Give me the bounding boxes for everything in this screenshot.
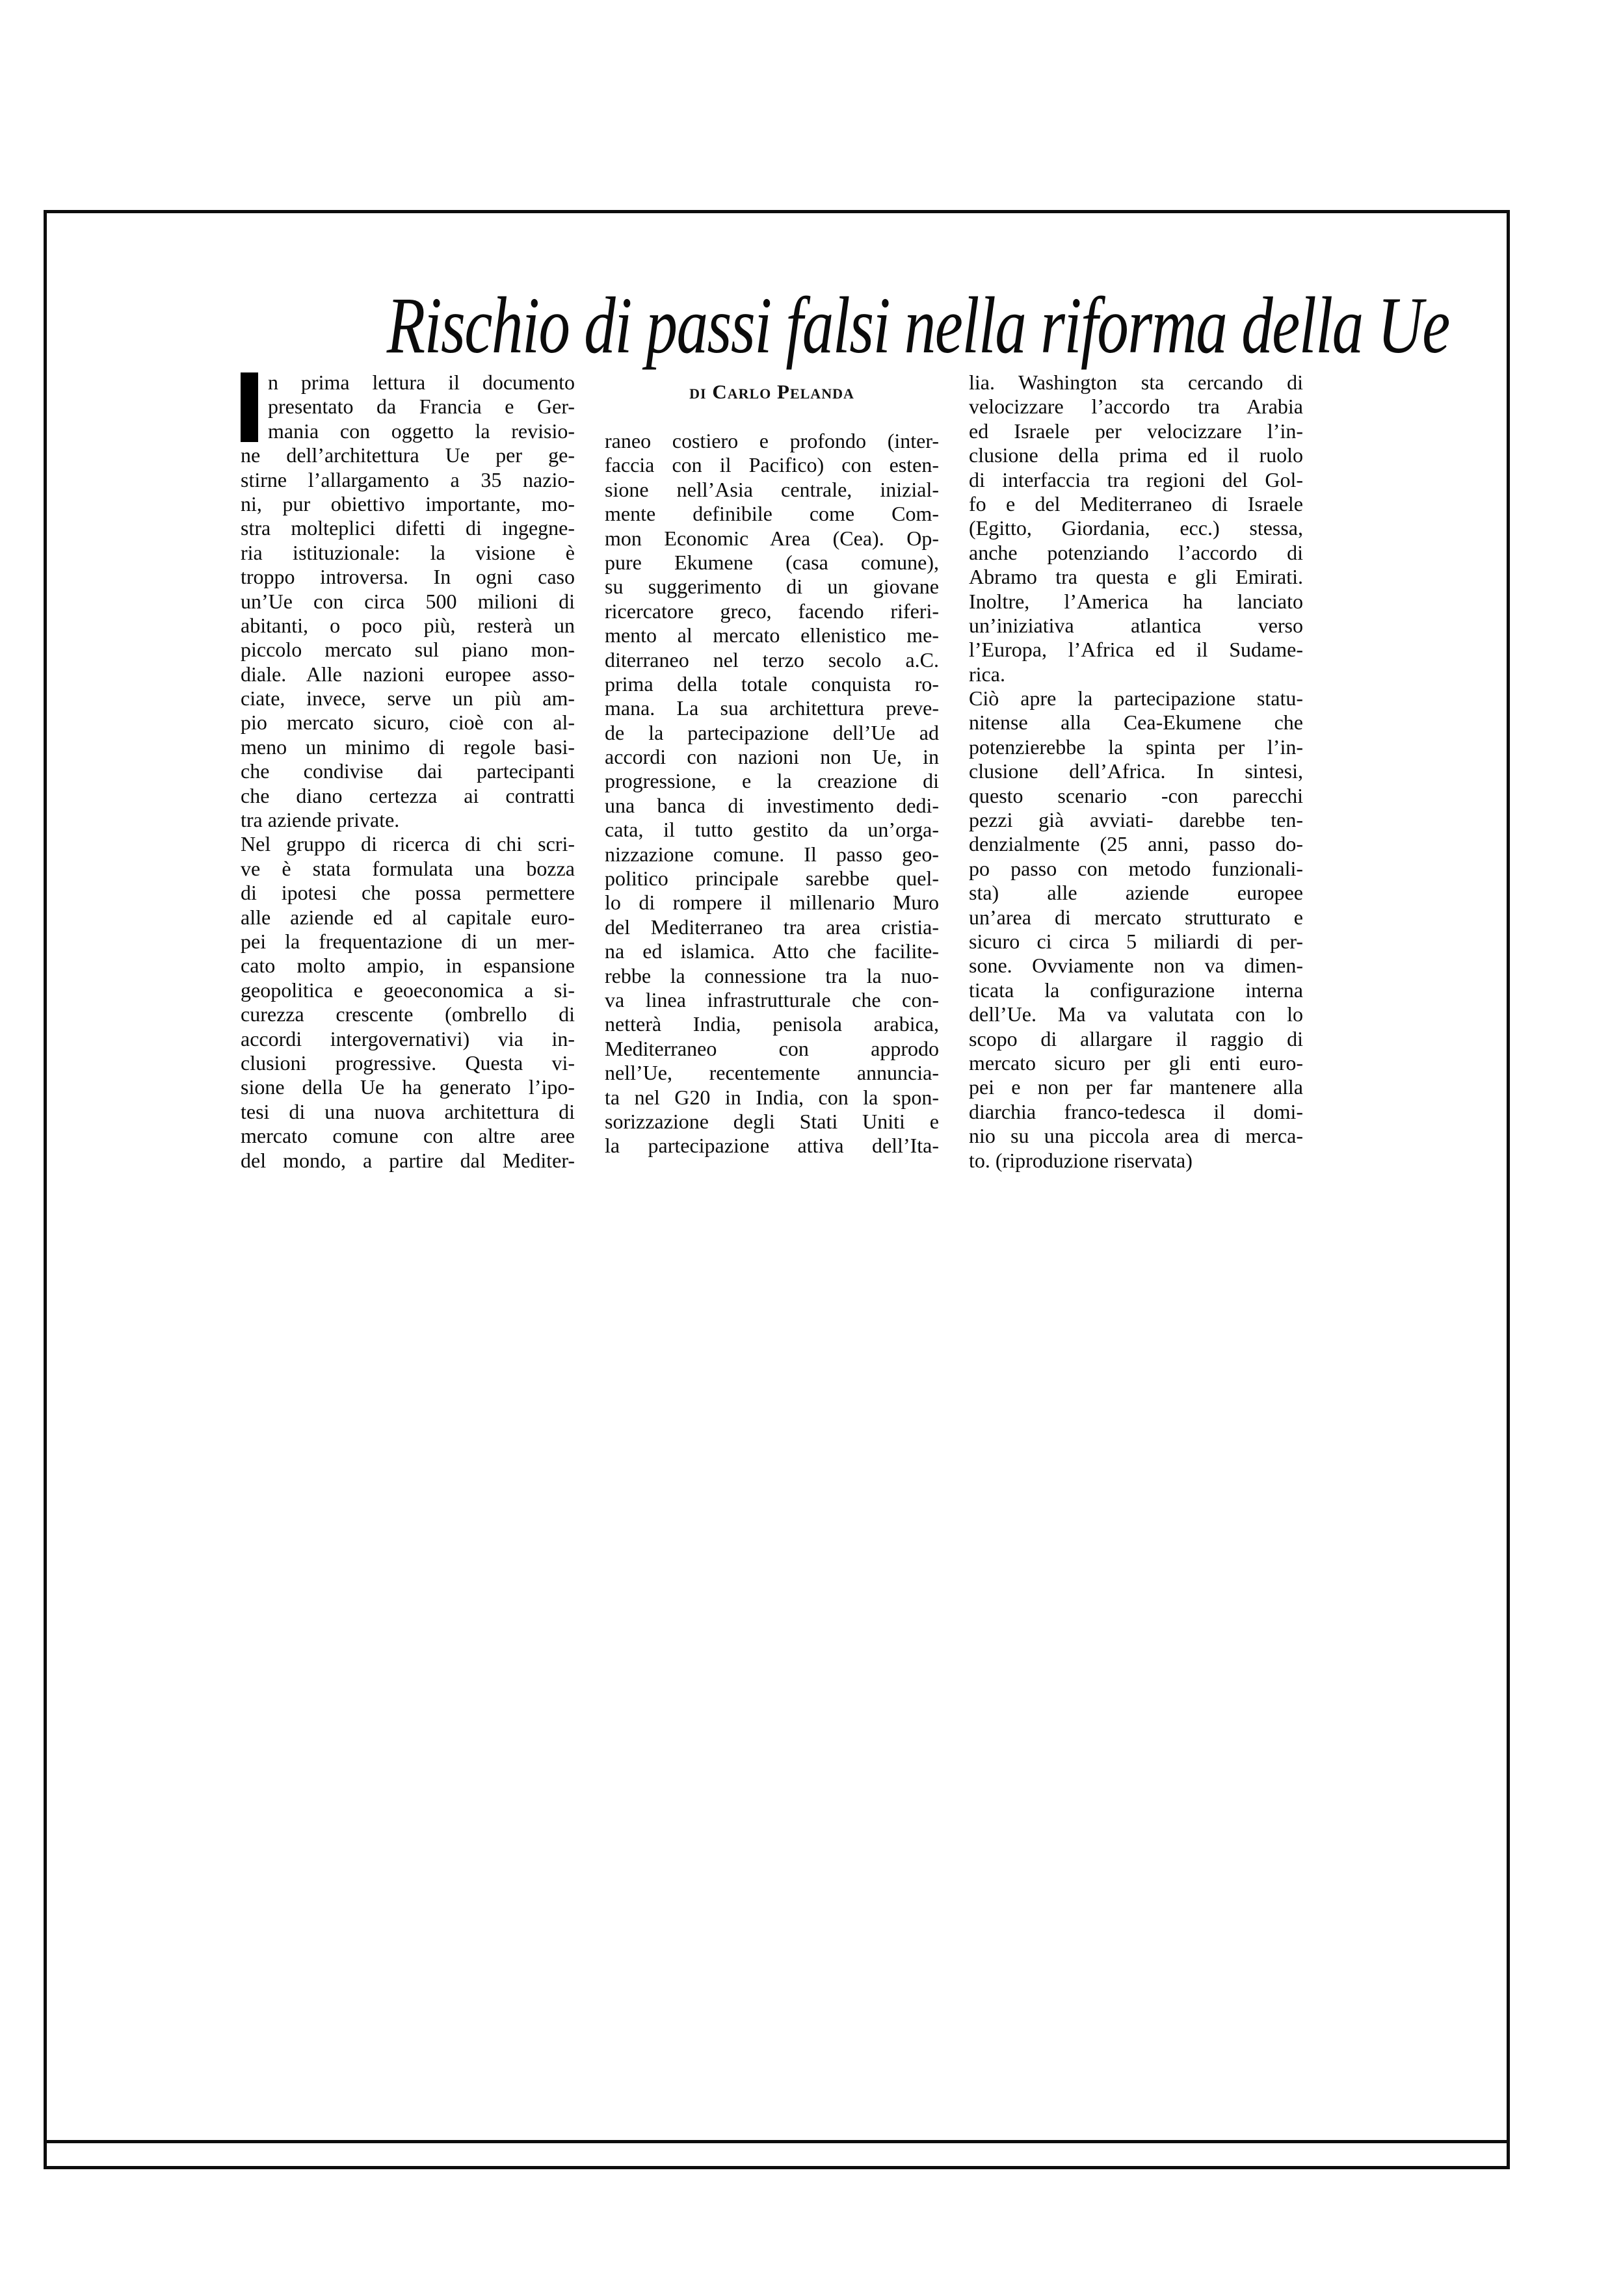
text-line: alle aziende ed al capitale euro- — [241, 906, 575, 930]
text-line: diarchia franco-tedesca il domi- — [969, 1100, 1303, 1124]
text-line: cata, il tutto gestito da un’orga- — [605, 818, 939, 842]
text-line: che condivise dai partecipanti — [241, 759, 575, 783]
column-1: I n prima lettura il documentopresentato… — [241, 371, 575, 1173]
text-line: prima della totale conquista ro- — [605, 672, 939, 696]
text-line: politico principale sarebbe quel- — [605, 867, 939, 891]
text-line: sone. Ovviamente non va dimen- — [969, 954, 1303, 978]
text-line: raneo costiero e profondo (inter- — [605, 429, 939, 453]
text-line: sicuro ci circa 5 miliardi di per- — [969, 930, 1303, 954]
text-line: mania con oggetto la revisio- — [241, 419, 575, 443]
text-line: Nel gruppo di ricerca di chi scri- — [241, 832, 575, 856]
text-line: pio mercato sicuro, cioè con al- — [241, 711, 575, 735]
article-frame: Rischio di passi falsi nella riforma del… — [44, 210, 1510, 2169]
text-line: fo e del Mediterraneo di Israele — [969, 492, 1303, 516]
text-line: pei la frequentazione di un mer- — [241, 930, 575, 954]
text-line: mon Economic Area (Cea). Op- — [605, 527, 939, 551]
text-line: pezzi già avviati- darebbe ten- — [969, 808, 1303, 832]
text-line: su suggerimento di un giovane — [605, 575, 939, 599]
text-line: clusione della prima ed il ruolo — [969, 443, 1303, 467]
text-line: diale. Alle nazioni europee asso- — [241, 662, 575, 686]
newspaper-page: Rischio di passi falsi nella riforma del… — [0, 0, 1623, 2296]
text-line: faccia con il Pacifico) con esten- — [605, 453, 939, 477]
text-line: che diano certezza ai contratti — [241, 784, 575, 808]
text-line: stra molteplici difetti di ingegne- — [241, 516, 575, 540]
text-line: Abramo tra questa e gli Emirati. — [969, 565, 1303, 589]
text-line: cato molto ampio, in espansione — [241, 954, 575, 978]
headline-text: Rischio di passi falsi nella riforma del… — [387, 277, 1449, 374]
text-line: del mondo, a partire dal Mediter- — [241, 1149, 575, 1173]
text-line: curezza crescente (ombrello di — [241, 1002, 575, 1026]
text-line: lia. Washington sta cercando di — [969, 371, 1303, 395]
text-line: progressione, e la creazione di — [605, 769, 939, 793]
text-line: rebbe la connessione tra la nuo- — [605, 964, 939, 988]
text-line: n prima lettura il documento — [241, 371, 575, 395]
text-line: di interfaccia tra regioni del Gol- — [969, 468, 1303, 492]
text-line: l’Europa, l’Africa ed il Sudame- — [969, 638, 1303, 662]
text-line: ne dell’architettura Ue per ge- — [241, 443, 575, 467]
text-line: questo scenario -con parecchi — [969, 784, 1303, 808]
text-line: sione della Ue ha generato l’ipo- — [241, 1075, 575, 1099]
text-line: de la partecipazione dell’Ue ad — [605, 721, 939, 745]
text-line: ticata la configurazione interna — [969, 978, 1303, 1002]
text-line: nizzazione comune. Il passo geo- — [605, 842, 939, 867]
text-line: mana. La sua architettura preve- — [605, 696, 939, 720]
text-line: potenzierebbe la spinta per l’in- — [969, 735, 1303, 759]
text-line: Inoltre, l’America ha lanciato — [969, 590, 1303, 614]
text-line: scopo di allargare il raggio di — [969, 1027, 1303, 1051]
headline: Rischio di passi falsi nella riforma del… — [241, 277, 1303, 381]
text-line: una banca di investimento dedi- — [605, 794, 939, 818]
text-line: va linea infrastrutturale che con- — [605, 988, 939, 1012]
text-line: abitanti, o poco più, resterà un — [241, 614, 575, 638]
text-line: accordi intergovernativi) via in- — [241, 1027, 575, 1051]
text-line: un’iniziativa atlantica verso — [969, 614, 1303, 638]
text-line: to. (riproduzione riservata) — [969, 1149, 1303, 1173]
text-line: ni, pur obiettivo importante, mo- — [241, 492, 575, 516]
text-line: ed Israele per velocizzare l’in- — [969, 419, 1303, 443]
text-line: meno un minimo di regole basi- — [241, 735, 575, 759]
text-line: mento al mercato ellenistico me- — [605, 623, 939, 647]
text-line: dell’Ue. Ma va valutata con lo — [969, 1002, 1303, 1026]
text-line: velocizzare l’accordo tra Arabia — [969, 395, 1303, 419]
text-line: clusioni progressive. Questa vi- — [241, 1051, 575, 1075]
text-line: tesi di una nuova architettura di — [241, 1100, 575, 1124]
text-line: pei e non per far mantenere alla — [969, 1075, 1303, 1099]
text-line: rica. — [969, 662, 1303, 686]
text-line: Ciò apre la partecipazione statu- — [969, 686, 1303, 711]
text-line: nitense alla Cea-Ekumene che — [969, 711, 1303, 735]
text-line: accordi con nazioni non Ue, in — [605, 745, 939, 769]
column-2-lines: raneo costiero e profondo (inter-faccia … — [605, 429, 939, 1158]
text-line: presentato da Francia e Ger- — [241, 395, 575, 419]
text-line: tra aziende private. — [241, 808, 575, 832]
text-line: ricercatore greco, facendo riferi- — [605, 599, 939, 623]
text-line: troppo introversa. In ogni caso — [241, 565, 575, 589]
bottom-rule — [47, 2140, 1507, 2143]
text-line: ciate, invece, serve un più am- — [241, 686, 575, 711]
text-line: pure Ekumene (casa comune), — [605, 551, 939, 575]
text-line: Mediterraneo con approdo — [605, 1037, 939, 1061]
text-line: nell’Ue, recentemente annuncia- — [605, 1061, 939, 1085]
text-line: clusione dell’Africa. In sintesi, — [969, 759, 1303, 783]
column-1-lines: n prima lettura il documentopresentato d… — [241, 371, 575, 1173]
text-line: netterà India, penisola arabica, — [605, 1012, 939, 1036]
text-line: piccolo mercato sul piano mon- — [241, 638, 575, 662]
text-line: po passo con metodo funzionali- — [969, 857, 1303, 881]
drop-cap: I — [241, 372, 258, 442]
byline-box: di Carlo Pelanda — [605, 371, 939, 429]
text-line: denzialmente (25 anni, passo do- — [969, 832, 1303, 856]
text-line: del Mediterraneo tra area cristia- — [605, 915, 939, 939]
text-line: ria istituzionale: la visione è — [241, 541, 575, 565]
text-line: geopolitica e geoeconomica a si- — [241, 978, 575, 1002]
column-3: lia. Washington sta cercando divelocizza… — [969, 371, 1303, 1173]
text-line: mercato comune con altre aree — [241, 1124, 575, 1148]
text-line: diterraneo nel terzo secolo a.C. — [605, 648, 939, 672]
text-line: la partecipazione attiva dell’Ita- — [605, 1134, 939, 1158]
text-line: mercato sicuro per gli enti euro- — [969, 1051, 1303, 1075]
text-line: (Egitto, Giordania, ecc.) stessa, — [969, 516, 1303, 540]
text-line: nio su una piccola area di merca- — [969, 1124, 1303, 1148]
text-line: anche potenziando l’accordo di — [969, 541, 1303, 565]
text-line: un’area di mercato strutturato e — [969, 906, 1303, 930]
text-line: stirne l’allargamento a 35 nazio- — [241, 468, 575, 492]
column-2: di Carlo Pelanda raneo costiero e profon… — [605, 371, 939, 1158]
text-line: sta) alle aziende europee — [969, 881, 1303, 905]
byline-text: di Carlo Pelanda — [689, 380, 854, 403]
column-3-lines: lia. Washington sta cercando divelocizza… — [969, 371, 1303, 1173]
text-line: lo di rompere il millenario Muro — [605, 891, 939, 915]
text-line: mente definibile come Com- — [605, 502, 939, 526]
text-line: ta nel G20 in India, con la spon- — [605, 1086, 939, 1110]
text-line: sorizzazione degli Stati Uniti e — [605, 1110, 939, 1134]
text-line: di ipotesi che possa permettere — [241, 881, 575, 905]
text-line: un’Ue con circa 500 milioni di — [241, 590, 575, 614]
text-line: ve è stata formulata una bozza — [241, 857, 575, 881]
text-line: na ed islamica. Atto che facilite- — [605, 939, 939, 963]
text-line: sione nell’Asia centrale, inizial- — [605, 478, 939, 502]
